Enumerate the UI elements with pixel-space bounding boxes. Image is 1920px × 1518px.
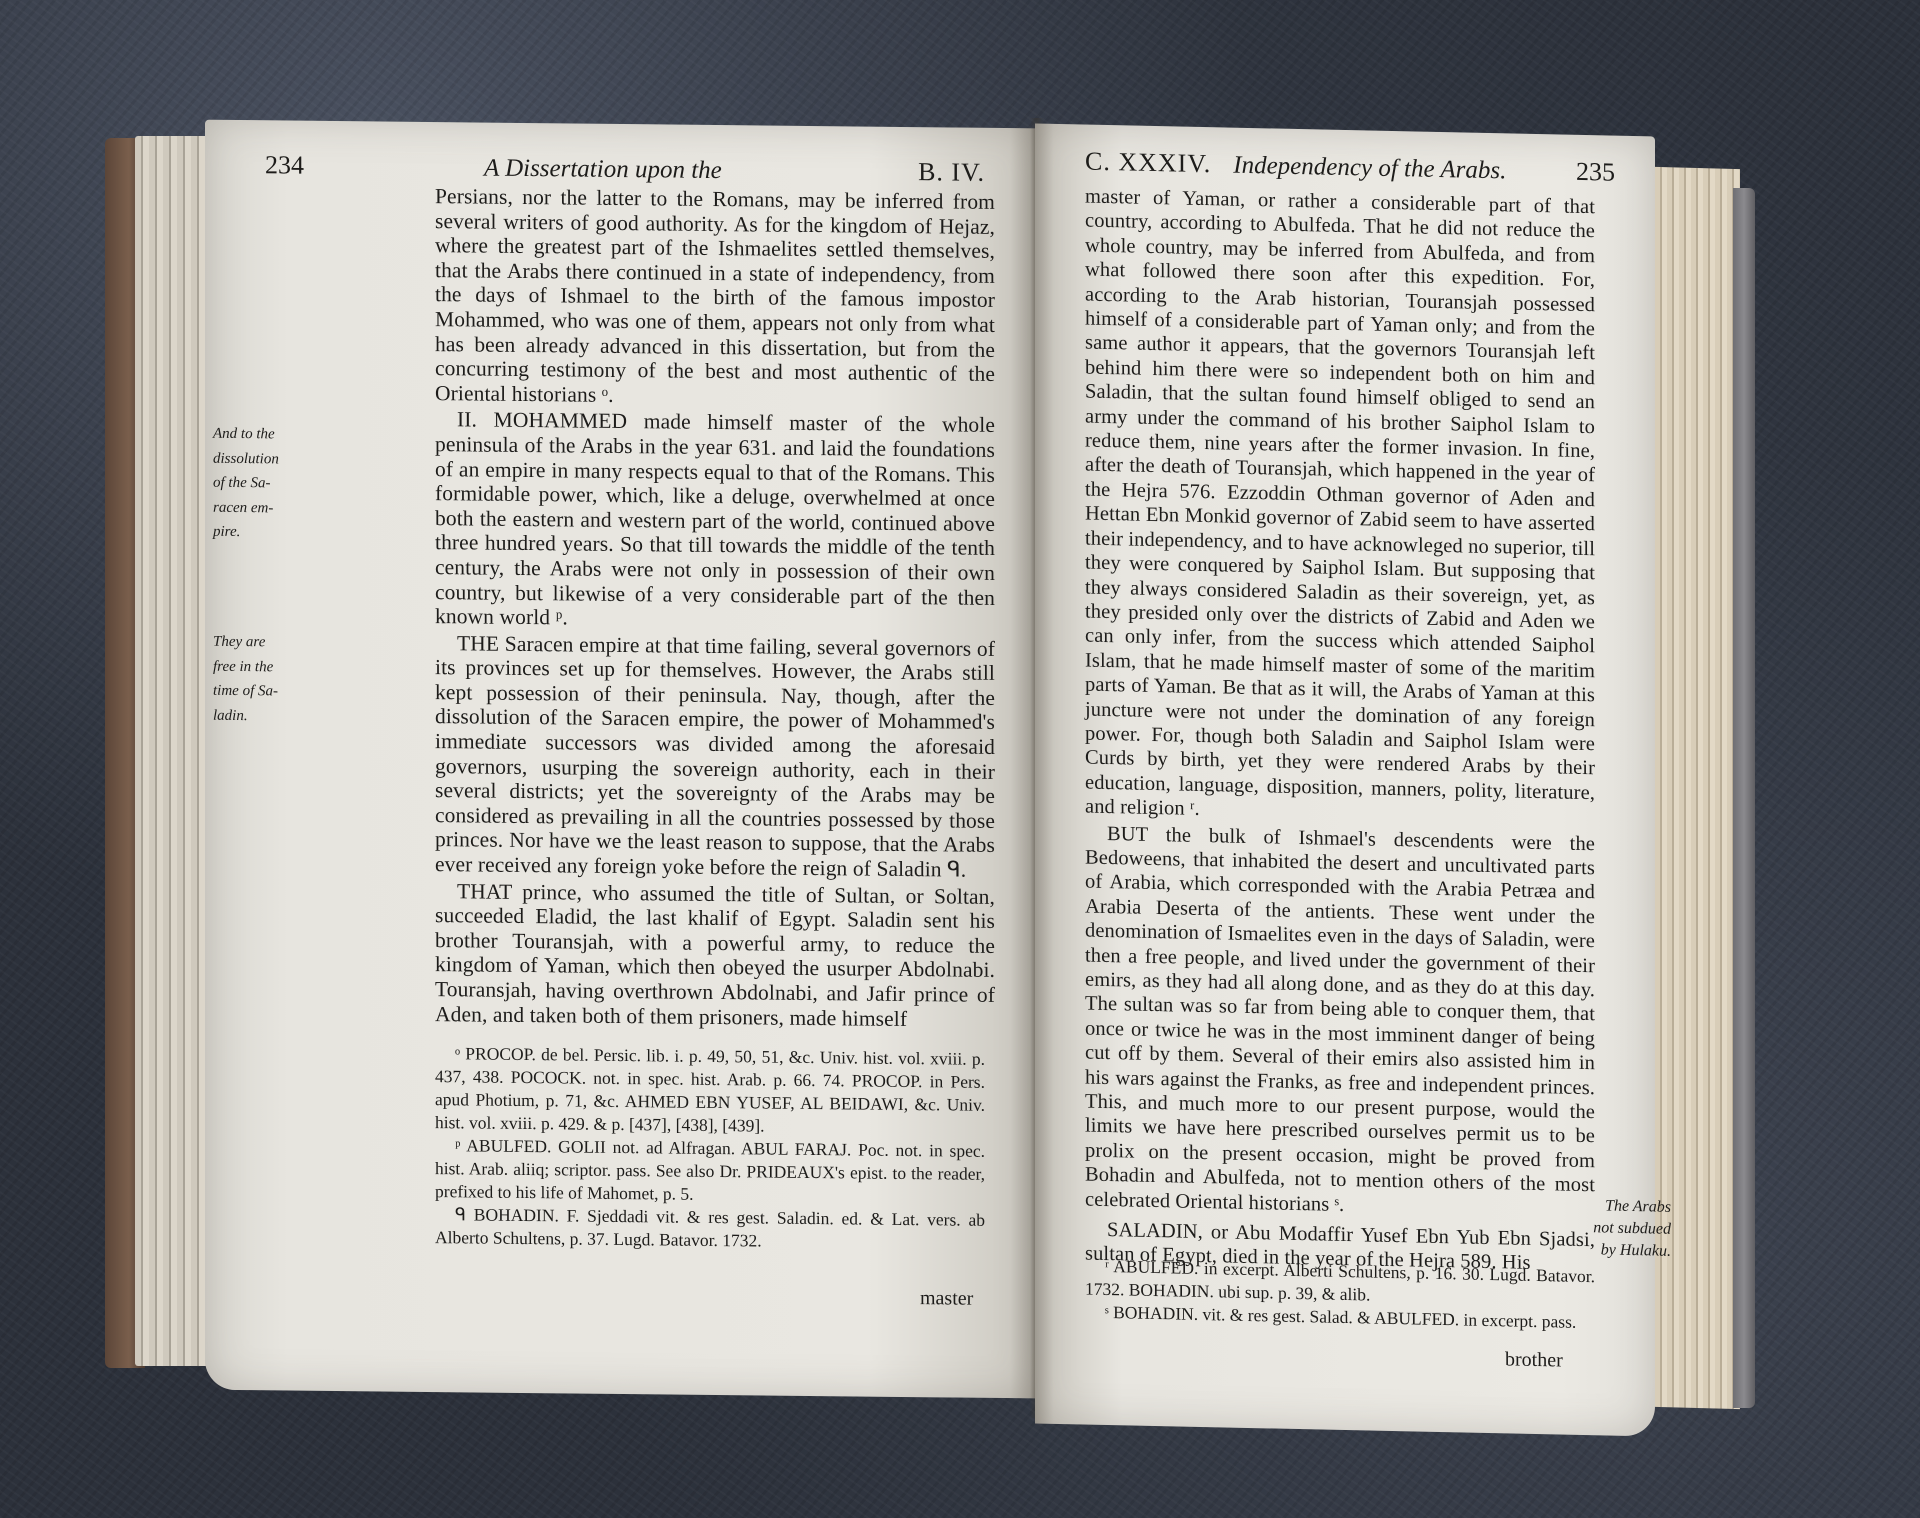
page-number: 234 — [265, 150, 304, 180]
sidenote-line: They are — [213, 630, 293, 655]
footnote: ᵖ ABULFED. GOLII not. ad Alfragan. ABUL … — [435, 1134, 985, 1209]
footnote: ᵒ PROCOP. de bel. Persic. lib. i. p. 49,… — [435, 1042, 985, 1140]
sidenote: And to the dissolution of the Sa- racen … — [213, 422, 293, 546]
paragraph: BUT the bulk of Ishmael's descendents we… — [1085, 821, 1595, 1222]
sidenote-line: time of Sa- — [213, 679, 293, 704]
right-footnotes: ʳ ABULFED. in excerpt. Alberti Schultens… — [1085, 1255, 1595, 1335]
sidenote-line: And to the — [213, 422, 293, 447]
paragraph: THE Saracen empire at that time failing,… — [435, 631, 995, 883]
paragraph: master of Yaman, or rather a considerabl… — [1085, 185, 1595, 830]
left-page-edges — [135, 136, 213, 1366]
sidenote-line: by Hulaku. — [1591, 1239, 1671, 1263]
left-body-text: Persians, nor the latter to the Romans, … — [435, 184, 995, 1032]
catchword: brother — [1505, 1348, 1563, 1372]
page-number: 235 — [1576, 157, 1615, 188]
sidenote-line: not subdued — [1591, 1217, 1671, 1241]
sidenote-line: pire. — [213, 520, 293, 545]
right-page: C. XXXIV. Independency of the Arabs. 235… — [1035, 124, 1655, 1437]
sidenote-line: racen em- — [213, 496, 293, 521]
sidenote: The Arabs not subdued by Hulaku. — [1591, 1195, 1671, 1263]
sidenote-line: dissolution — [213, 446, 293, 471]
sidenote-line: ladin. — [213, 704, 293, 729]
sidenote: They are free in the time of Sa- ladin. — [213, 630, 293, 729]
open-book: 234 A Dissertation upon the B. IV. And t… — [105, 118, 1755, 1418]
right-body-text: master of Yaman, or rather a considerabl… — [1085, 185, 1595, 1278]
paragraph: THAT prince, who assumed the title of Su… — [435, 879, 995, 1032]
catchword: master — [920, 1287, 973, 1311]
chapter-mark: C. XXXIV. — [1085, 147, 1211, 180]
sidenote-line: The Arabs — [1591, 1195, 1671, 1219]
sidenote-line: of the Sa- — [213, 471, 293, 496]
right-page-header: C. XXXIV. Independency of the Arabs. 235 — [1085, 147, 1615, 188]
running-title: Independency of the Arabs. — [1233, 152, 1506, 186]
paragraph: Persians, nor the latter to the Romans, … — [435, 184, 995, 411]
sidenote-line: free in the — [213, 654, 293, 679]
paragraph: II. MOHAMMED made himself master of the … — [435, 407, 995, 634]
left-footnotes: ᵒ PROCOP. de bel. Persic. lib. i. p. 49,… — [435, 1042, 985, 1255]
right-cover-edge — [1733, 188, 1755, 1408]
running-title: A Dissertation upon the — [484, 155, 722, 185]
footnote: ᑫ BOHADIN. F. Sjeddadi vit. & res gest. … — [435, 1203, 985, 1255]
left-page: 234 A Dissertation upon the B. IV. And t… — [205, 120, 1035, 1399]
book-mark: B. IV. — [918, 157, 985, 188]
left-page-header: 234 A Dissertation upon the B. IV. — [265, 150, 985, 188]
